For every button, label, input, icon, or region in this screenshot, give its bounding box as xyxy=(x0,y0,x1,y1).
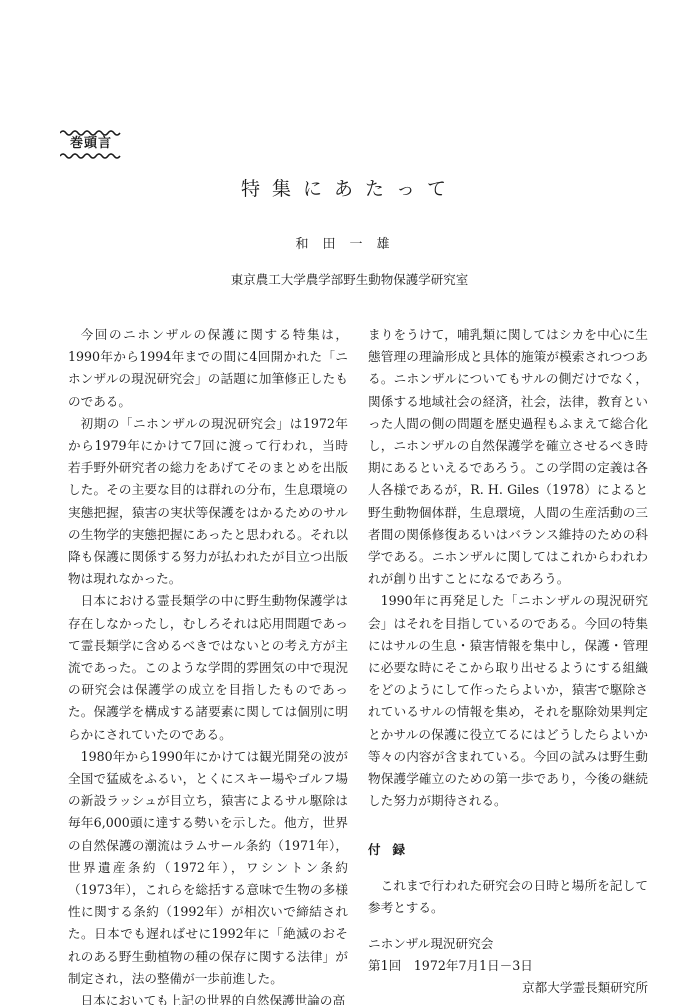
paragraph: 今回のニホンザルの保護に関する特集は，1990年から1994年までの間に4回開か… xyxy=(68,324,348,413)
article-title: 特集にあたって xyxy=(0,174,699,201)
paragraph: 日本においても上記の世界的自然保護世論の高 xyxy=(68,990,348,1005)
appendix-entry-place: 京都大学霊長類研究所 xyxy=(368,977,648,999)
wave-ornament-top xyxy=(60,128,122,136)
paragraph: 初期の「ニホンザルの現況研究会」は1972年から1979年にかけて7回に渡って行… xyxy=(68,413,348,591)
appendix-entry-session: 第1回 1972年7月1日－3日 xyxy=(368,955,648,977)
section-badge: 巻頭言 xyxy=(60,128,122,160)
appendix-heading: 付録 xyxy=(368,839,648,861)
left-column: 今回のニホンザルの保護に関する特集は，1990年から1994年までの間に4回開か… xyxy=(68,324,348,1005)
wave-ornament-bottom xyxy=(60,152,122,160)
author-affiliation: 東京農工大学農学部野生動物保護学研究室 xyxy=(0,270,699,288)
author-name: 和田一雄 xyxy=(0,233,699,252)
right-column: まりをうけて，哺乳類に関してはシカを中心に生態管理の理論形成と具体的施策が模索さ… xyxy=(368,324,648,1000)
paragraph-continued: まりをうけて，哺乳類に関してはシカを中心に生態管理の理論形成と具体的施策が模索さ… xyxy=(368,324,648,590)
paragraph: 日本における霊長類学の中に野生動物保護学は存在しなかったし，むしろそれは応用問題… xyxy=(68,590,348,745)
section-badge-label: 巻頭言 xyxy=(60,136,122,152)
appendix-intro: これまで行われた研究会の日時と場所を記して参考とする。 xyxy=(368,875,648,919)
appendix-list-title: ニホンザル現況研究会 xyxy=(368,933,648,955)
paragraph: 1990年に再発足した「ニホンザルの現況研究会」はそれを目指しているのである。今… xyxy=(368,590,648,812)
paragraph: 1980年から1990年にかけては観光開発の波が全国で猛威をふるい，とくにスキー… xyxy=(68,746,348,990)
